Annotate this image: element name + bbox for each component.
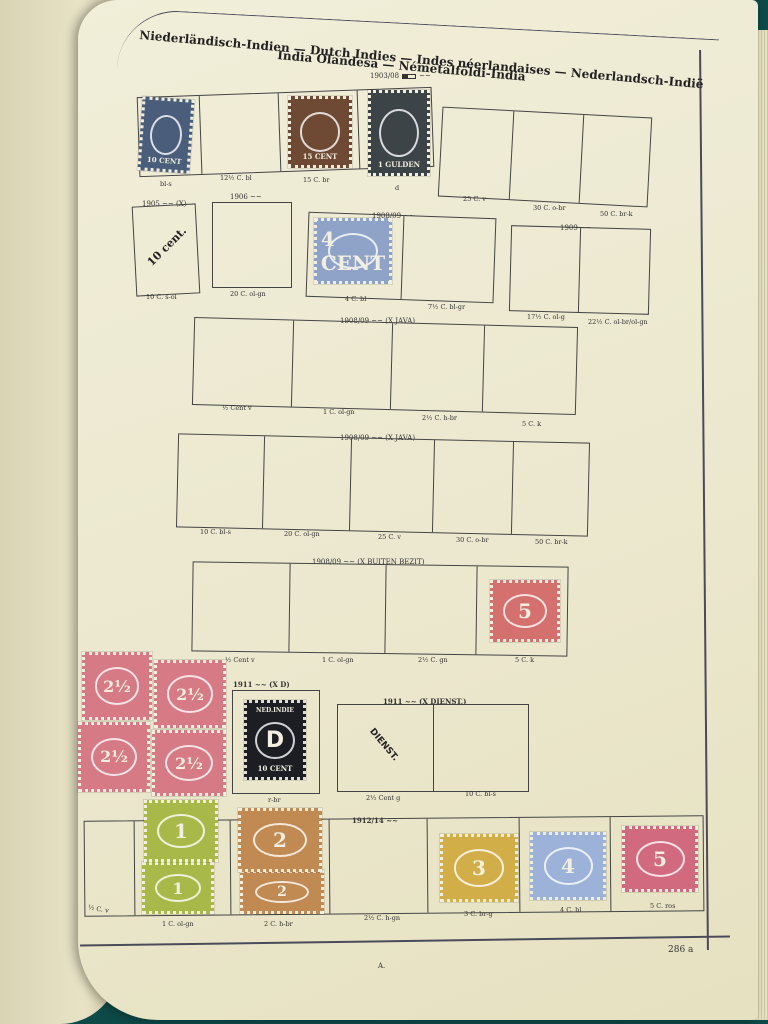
stamp-2-half-cent: 2½ — [78, 722, 150, 792]
space-label: 2½ C. h-br — [422, 414, 457, 422]
stamp-2-half-cent: 2½ — [154, 660, 226, 728]
space-label: r-br — [268, 796, 281, 804]
stamp-1-gulden: 1 GULDEN — [368, 90, 430, 176]
space-label: 30 C. o-br — [456, 536, 489, 544]
space-label: 1 C. ol-gn — [322, 656, 354, 664]
stamp-2-cent-brown: 2 — [238, 808, 322, 872]
page-number: 286 a — [668, 945, 693, 955]
stamp-row — [509, 225, 651, 315]
stamp-space — [433, 440, 515, 534]
stamp-space — [192, 562, 291, 651]
space-label: ½ Cent v — [222, 404, 252, 412]
row-header: 1911 ~~ (X D) — [233, 680, 290, 689]
stamp-3-cent-yellow: 3 — [440, 834, 518, 902]
stamp-15-cent-brown: 15 CENT — [288, 96, 352, 168]
space-label: 10 C. s-ol — [146, 293, 177, 301]
row-header: 1906 ~~ — [230, 193, 262, 201]
stamp-10-cent-d-overprint: NED.INDIE D 10 CENT — [244, 700, 306, 780]
stamp-space — [290, 564, 387, 653]
stamp-space — [212, 202, 292, 288]
stamp-5-cent-rose: 5 — [622, 826, 698, 892]
space-label: 1 C. ol-gn — [323, 408, 355, 416]
stamp-space — [402, 216, 496, 302]
stamp-4-cent-blue: 4 CENT — [314, 218, 392, 284]
stamp-space — [292, 321, 393, 410]
space-label: 22½ C. ol-br/ol-gn — [588, 318, 648, 326]
stamp-space — [391, 323, 486, 411]
space-label: 5 C. ros — [650, 902, 675, 910]
stamp-space — [434, 705, 528, 791]
stamp-1-cent-green: 1 — [142, 862, 214, 914]
stamp-space — [263, 436, 353, 530]
stamp-space — [510, 226, 581, 312]
stamp-space — [199, 93, 281, 174]
stamp-space — [85, 821, 136, 915]
stamp-4-cent-blue: 4 — [530, 832, 606, 900]
space-label: 10 C. bl-s — [200, 528, 231, 536]
stamp-space — [483, 326, 577, 414]
space-label: 2 C. h-br — [264, 920, 293, 928]
space-label: 3 C. br-g — [464, 910, 493, 918]
space-label: 20 C. ol-gn — [230, 290, 266, 298]
stamp-space — [330, 819, 429, 914]
space-label: 25 C. v — [378, 533, 401, 541]
space-label: 7½ C. bl-gr — [428, 303, 465, 311]
space-label: 4 C. bl — [560, 906, 581, 914]
space-label: 1 C. ol-gn — [162, 920, 194, 928]
space-label: ½ Cent v — [225, 656, 255, 664]
space-label: 25 C. v — [463, 195, 486, 203]
space-label: 2½ Cent g — [366, 794, 400, 802]
space-label: 15 C. br — [303, 176, 329, 184]
space-label: 20 C. ol-gn — [284, 530, 320, 538]
space-label: d — [395, 184, 399, 192]
stamp-space — [350, 438, 435, 532]
space-label: 10 C. bl-s — [465, 790, 496, 798]
stamp-space — [512, 442, 589, 536]
stamp-1-cent-green: 1 — [144, 800, 218, 862]
stamp-10-cent-blue: 10 CENT — [137, 96, 194, 173]
signature-mark: A. — [378, 962, 385, 970]
space-label: 2½ C. h-gn — [364, 914, 400, 922]
space-label: 50 C. br-k — [600, 210, 633, 218]
space-label: 5 C. k — [522, 420, 541, 428]
space-label: 4 C. bl — [345, 295, 366, 303]
stamp-space — [177, 434, 265, 528]
stamp-space — [439, 108, 515, 200]
space-label: 50 C. br-k — [535, 538, 568, 546]
stamp-2-cent-brown: 2 — [240, 870, 324, 914]
space-label: 5 C. k — [515, 656, 534, 664]
stamp-space — [385, 565, 478, 654]
stamp-space — [510, 111, 584, 203]
space-label: bl-s — [160, 180, 172, 188]
stamp-space — [193, 318, 295, 407]
stamp-5-cent-red: 5 — [490, 580, 560, 642]
space-label: 12½ C. bl — [220, 174, 252, 182]
stamp-row — [192, 317, 578, 415]
stamp-space — [579, 115, 651, 206]
stamp-space — [579, 228, 650, 314]
stamp-2-half-cent: 2½ — [152, 730, 226, 796]
loose-stamp-block: 2½ 2½ 2½ 2½ — [78, 650, 228, 796]
space-label: 2½ C. gn — [418, 656, 448, 664]
stamp-row — [176, 433, 590, 536]
space-label: 17½ C. ol-g — [527, 313, 565, 321]
stamp-2-half-cent: 2½ — [82, 652, 152, 720]
space-label: 30 C. o-br — [533, 204, 566, 212]
row-header: 1903/08~~ — [370, 72, 431, 80]
stamp-row — [337, 704, 529, 792]
stamp-row — [438, 107, 652, 208]
